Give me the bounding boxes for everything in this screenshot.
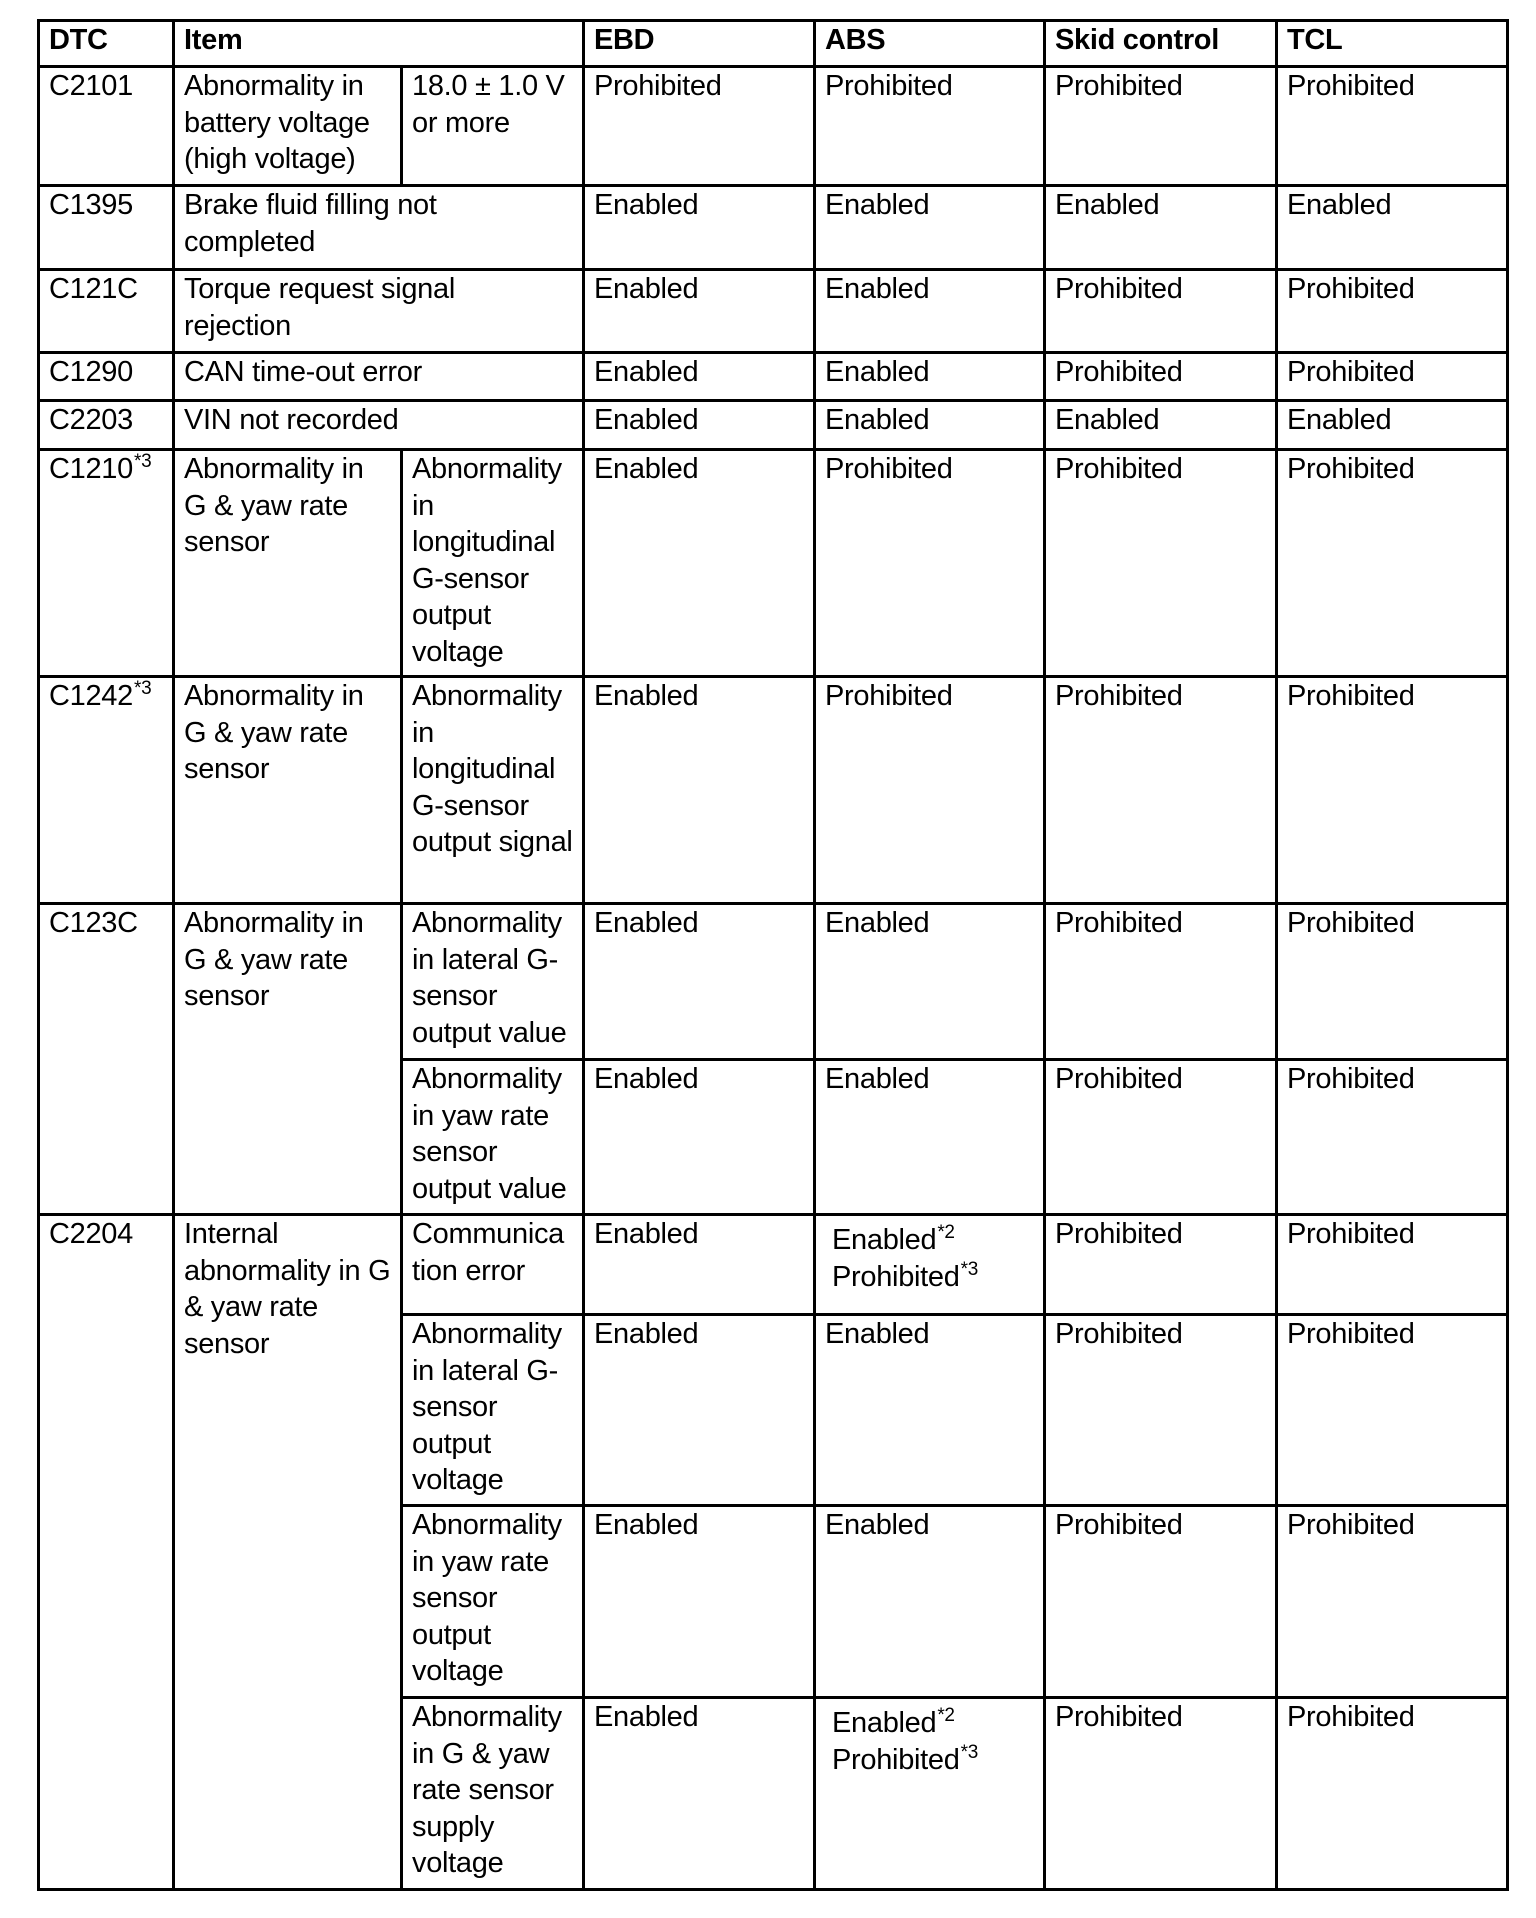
skid-control-status: Prohibited xyxy=(1045,353,1277,401)
skid-control-status: Prohibited xyxy=(1045,677,1277,904)
tcl-status: Enabled xyxy=(1277,186,1508,270)
table-row: C1290 CAN time-out error Enabled Enabled… xyxy=(39,353,1508,401)
footnote-ref: *3 xyxy=(134,678,151,699)
item-detail: 18.0 ± 1.0 V or more xyxy=(402,67,584,186)
dtc-code: C2203 xyxy=(39,401,174,450)
header-skid-control: Skid control xyxy=(1045,21,1277,67)
ebd-status: Enabled xyxy=(584,677,815,904)
ebd-status: Enabled xyxy=(584,186,815,270)
footnote-ref: *2 xyxy=(937,1705,954,1726)
abs-status-line: Enabled*2 xyxy=(832,1222,1035,1259)
skid-control-status: Prohibited xyxy=(1045,450,1277,677)
item-description: CAN time-out error xyxy=(174,353,584,401)
table-row: C2203 VIN not recorded Enabled Enabled E… xyxy=(39,401,1508,450)
item-detail: Abnormality in longitudinal G-sensor out… xyxy=(402,677,584,904)
item-description: Internal abnormality in G & yaw rate sen… xyxy=(174,1215,402,1890)
dtc-code: C121C xyxy=(39,270,174,353)
item-description: Brake fluid filling not completed xyxy=(174,186,584,270)
skid-control-status: Prohibited xyxy=(1045,1315,1277,1506)
item-detail: Abnormality in lateral G-sensor output v… xyxy=(402,904,584,1060)
dtc-fail-safe-table: DTC Item EBD ABS Skid control TCL C2101 … xyxy=(37,19,1509,1891)
abs-status: Enabled xyxy=(815,270,1045,353)
abs-status: Prohibited xyxy=(815,450,1045,677)
skid-control-status: Prohibited xyxy=(1045,1060,1277,1215)
dtc-code: C123C xyxy=(39,904,174,1215)
tcl-status: Prohibited xyxy=(1277,450,1508,677)
abs-status: Enabled xyxy=(815,1506,1045,1698)
tcl-status: Prohibited xyxy=(1277,1060,1508,1215)
tcl-status: Enabled xyxy=(1277,401,1508,450)
header-row: DTC Item EBD ABS Skid control TCL xyxy=(39,21,1508,67)
tcl-status: Prohibited xyxy=(1277,67,1508,186)
item-detail: Abnormality in lateral G-sensor output v… xyxy=(402,1315,584,1506)
tcl-status: Prohibited xyxy=(1277,677,1508,904)
item-detail: Abnormality in yaw rate sensor output vo… xyxy=(402,1506,584,1698)
item-detail: Abnormality in yaw rate sensor output va… xyxy=(402,1060,584,1215)
item-description: Abnormality in battery voltage (high vol… xyxy=(174,67,402,186)
dtc-code: C1395 xyxy=(39,186,174,270)
skid-control-status: Enabled xyxy=(1045,401,1277,450)
ebd-status: Prohibited xyxy=(584,67,815,186)
tcl-status: Prohibited xyxy=(1277,1215,1508,1315)
footnote-ref: *3 xyxy=(961,1259,978,1280)
table-row: C1210*3 Abnormality in G & yaw rate sens… xyxy=(39,450,1508,677)
ebd-status: Enabled xyxy=(584,1506,815,1698)
item-description: Torque request signal rejection xyxy=(174,270,584,353)
table-row: C1242*3 Abnormality in G & yaw rate sens… xyxy=(39,677,1508,904)
item-detail: Communica tion error xyxy=(402,1215,584,1315)
skid-control-status: Prohibited xyxy=(1045,904,1277,1060)
abs-status: Enabled xyxy=(815,353,1045,401)
abs-status: Enabled xyxy=(815,1060,1045,1215)
tcl-status: Prohibited xyxy=(1277,1315,1508,1506)
table-row: C123C Abnormality in G & yaw rate sensor… xyxy=(39,904,1508,1060)
table-row: C2101 Abnormality in battery voltage (hi… xyxy=(39,67,1508,186)
item-detail: Abnormality in G & yaw rate sensor suppl… xyxy=(402,1698,584,1890)
abs-status-line: Prohibited*3 xyxy=(832,1259,1035,1296)
table-row: C121C Torque request signal rejection En… xyxy=(39,270,1508,353)
item-description: VIN not recorded xyxy=(174,401,584,450)
abs-status: Enabled*2 Prohibited*3 xyxy=(815,1215,1045,1315)
header-dtc: DTC xyxy=(39,21,174,67)
skid-control-status: Prohibited xyxy=(1045,270,1277,353)
tcl-status: Prohibited xyxy=(1277,353,1508,401)
abs-status-line: Enabled*2 xyxy=(832,1705,1035,1742)
abs-status: Enabled xyxy=(815,1315,1045,1506)
ebd-status: Enabled xyxy=(584,1060,815,1215)
tcl-status: Prohibited xyxy=(1277,904,1508,1060)
skid-control-status: Prohibited xyxy=(1045,1698,1277,1890)
table-row: C2204 Internal abnormality in G & yaw ra… xyxy=(39,1215,1508,1315)
ebd-status: Enabled xyxy=(584,401,815,450)
ebd-status: Enabled xyxy=(584,353,815,401)
header-abs: ABS xyxy=(815,21,1045,67)
abs-status: Enabled xyxy=(815,904,1045,1060)
dtc-code: C1210*3 xyxy=(39,450,174,677)
skid-control-status: Prohibited xyxy=(1045,1506,1277,1698)
dtc-code: C2204 xyxy=(39,1215,174,1890)
header-item: Item xyxy=(174,21,584,67)
ebd-status: Enabled xyxy=(584,904,815,1060)
ebd-status: Enabled xyxy=(584,1315,815,1506)
item-detail: Abnormality in longitudinal G-sensor out… xyxy=(402,450,584,677)
abs-status: Enabled xyxy=(815,186,1045,270)
item-description: Abnormality in G & yaw rate sensor xyxy=(174,904,402,1215)
item-description: Abnormality in G & yaw rate sensor xyxy=(174,677,402,904)
footnote-ref: *3 xyxy=(961,1742,978,1763)
dtc-code: C1242*3 xyxy=(39,677,174,904)
tcl-status: Prohibited xyxy=(1277,1506,1508,1698)
abs-status-line: Prohibited*3 xyxy=(832,1742,1035,1779)
dtc-code: C2101 xyxy=(39,67,174,186)
skid-control-status: Prohibited xyxy=(1045,1215,1277,1315)
dtc-code: C1290 xyxy=(39,353,174,401)
tcl-status: Prohibited xyxy=(1277,270,1508,353)
item-description: Abnormality in G & yaw rate sensor xyxy=(174,450,402,677)
skid-control-status: Prohibited xyxy=(1045,67,1277,186)
ebd-status: Enabled xyxy=(584,450,815,677)
abs-status: Prohibited xyxy=(815,67,1045,186)
footnote-ref: *3 xyxy=(134,451,151,472)
abs-status: Enabled xyxy=(815,401,1045,450)
ebd-status: Enabled xyxy=(584,1215,815,1315)
footnote-ref: *2 xyxy=(937,1222,954,1243)
ebd-status: Enabled xyxy=(584,270,815,353)
header-ebd: EBD xyxy=(584,21,815,67)
abs-status: Enabled*2 Prohibited*3 xyxy=(815,1698,1045,1890)
ebd-status: Enabled xyxy=(584,1698,815,1890)
table-row: C1395 Brake fluid filling not completed … xyxy=(39,186,1508,270)
header-tcl: TCL xyxy=(1277,21,1508,67)
tcl-status: Prohibited xyxy=(1277,1698,1508,1890)
abs-status: Prohibited xyxy=(815,677,1045,904)
skid-control-status: Enabled xyxy=(1045,186,1277,270)
